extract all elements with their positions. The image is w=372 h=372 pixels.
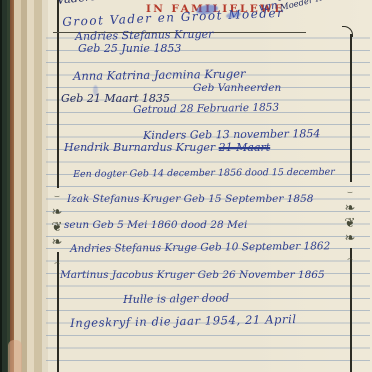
page-edge-layer (14, 0, 21, 372)
frame-border-right (350, 34, 352, 182)
flourish-cap: ⌣ (54, 192, 60, 202)
register-entry: Kinders Geb 13 november 1854 (143, 127, 320, 142)
flourish-glyphs: ❧❦❧ (50, 205, 65, 250)
register-entry: Geb Vanheerden (193, 82, 281, 94)
entry-text: Hendrik Burnardus Kruger (64, 141, 215, 154)
page-edge-tint (8, 340, 22, 372)
flourish-cap: ⌢ (347, 254, 353, 264)
page-edge-layer (34, 0, 42, 372)
register-entry: Een dogter Geb 14 december 1856 dood 15 … (73, 167, 335, 180)
scanned-family-register-page: { "document": { "printed_title": "IN FAM… (0, 0, 372, 372)
register-entry: Martinus Jacobus Kruger Geb 26 November … (60, 269, 325, 281)
register-entry: Geb 25 Junie 1853 (78, 42, 181, 55)
register-entry: Hulle is alger dood (123, 292, 229, 306)
register-entry: Izak Stefanus Kruger Geb 15 September 18… (67, 193, 313, 205)
register-entry: Anna Katrina Jacmina Kruger (73, 67, 246, 83)
register-entry: Andries Stefanus Kruger (75, 28, 213, 43)
floral-flourish-icon: ⌣ ❧❦❧ ⌢ (341, 184, 359, 267)
flourish-cap: ⌣ (347, 188, 353, 198)
frame-border-left (57, 0, 59, 188)
page-edge-layer (27, 0, 34, 372)
flourish-cap: ⌢ (54, 258, 60, 268)
register-entry: Hendrik Burnardus Kruger 21 Maart (64, 141, 270, 154)
entry-text-struck-out: 21 Maart (219, 141, 271, 154)
register-entry: Getroud 28 Februarie 1853 (133, 101, 279, 116)
book-binding (0, 0, 10, 372)
register-entry: seun Geb 5 Mei 1860 dood 28 Mei (64, 219, 247, 231)
flourish-glyphs: ❧❦❧ (343, 201, 358, 246)
ink-smudge (93, 85, 98, 96)
